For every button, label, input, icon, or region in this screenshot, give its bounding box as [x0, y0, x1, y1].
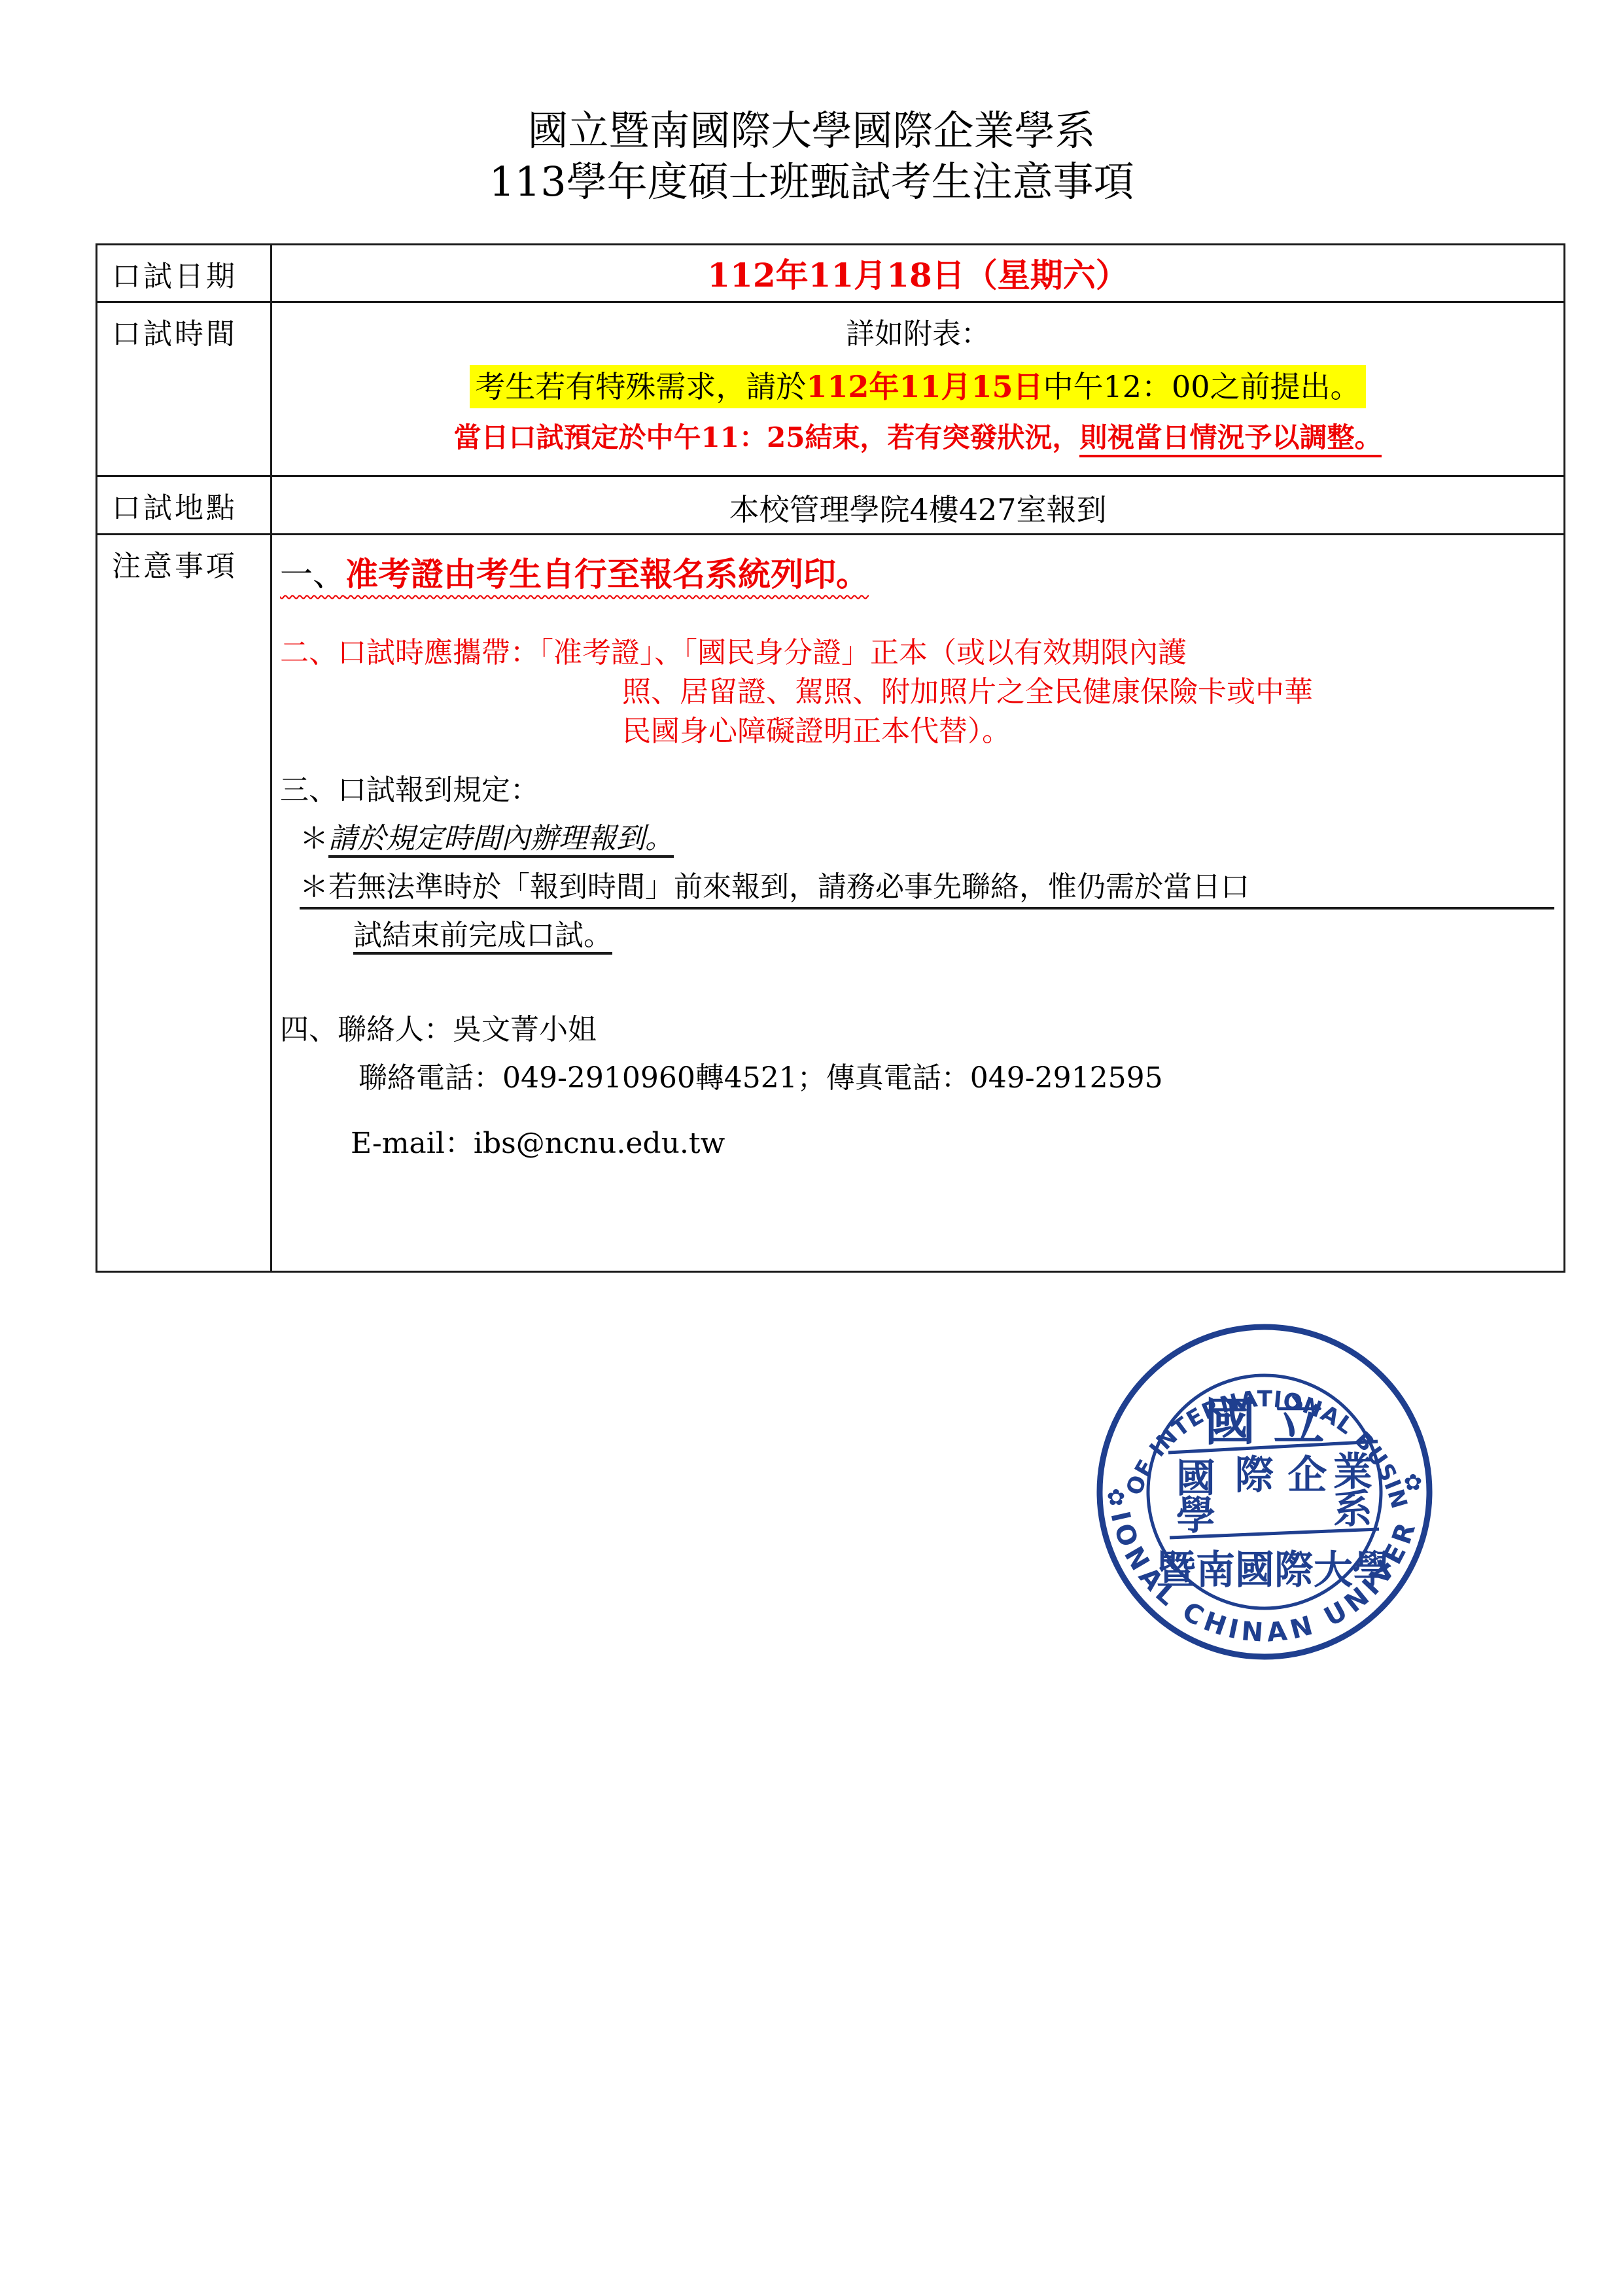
- svg-text:暨南國際大學: 暨南國際大學: [1157, 1547, 1392, 1593]
- end-time-notice: 當日口試預定於中午11：25結束，若有突發狀況，則視當日情況予以調整。: [272, 418, 1563, 457]
- document-title: 國立暨南國際大學國際企業學系: [0, 105, 1623, 157]
- row-label: 口試時間: [97, 303, 270, 354]
- row-notes: 注意事項 一、准考證由考生自行至報名系統列印。 二、口試時應攜帶：「准考證」、「…: [97, 535, 1565, 1272]
- svg-text:學: 學: [1176, 1493, 1215, 1539]
- row-exam-date: 口試日期 112年11月18日（星期六）: [97, 245, 1565, 302]
- note-item-4-contact: 四、聯絡人：吳文菁小姐 聯絡電話：049-2910960轉4521；傳真電話：0…: [280, 1010, 1563, 1163]
- note-item-3: 三、口試報到規定： ＊請於規定時間內辦理報到。 ＊若無法準時於「報到時間」前來報…: [280, 771, 1563, 955]
- svg-text:國 立: 國 立: [1204, 1392, 1324, 1452]
- contact-email[interactable]: E-mail：ibs@ncnu.edu.tw: [280, 1124, 1563, 1163]
- checkin-rule-1: ＊請於規定時間內辦理報到。: [280, 819, 1563, 858]
- row-label: 口試地點: [97, 477, 270, 528]
- note-item-2: 二、口試時應攜帶：「准考證」、「國民身分證」正本（或以有效期限內護 照、居留證、…: [280, 633, 1563, 751]
- row-exam-time: 口試時間 詳如附表： 考生若有特殊需求，請於112年11月15日中午12：00之…: [97, 302, 1565, 476]
- svg-text:✿: ✿: [1107, 1485, 1126, 1511]
- special-needs-deadline: 112年11月15日: [806, 369, 1043, 404]
- note-item-1: 一、准考證由考生自行至報名系統列印。: [280, 554, 1563, 595]
- exam-date-value: 112年11月18日（星期六）: [272, 245, 1563, 295]
- seal-stamp-icon: DEPARTMENT OF INTERNATIONAL BUSINESS STU…: [1091, 1318, 1438, 1665]
- svg-text:際 企: 際 企: [1235, 1453, 1327, 1498]
- contact-phone: 聯絡電話：049-2910960轉4521；傳真電話：049-2912595: [280, 1059, 1563, 1098]
- svg-text:✿: ✿: [1404, 1470, 1423, 1496]
- svg-text:系: 系: [1333, 1487, 1372, 1532]
- row-label: 口試日期: [97, 245, 270, 296]
- time-see-schedule: 詳如附表：: [272, 303, 1563, 354]
- row-label: 注意事項: [97, 535, 270, 586]
- special-needs-notice: 考生若有特殊需求，請於112年11月15日中午12：00之前提出。: [272, 367, 1563, 406]
- exam-place-value: 本校管理學院4樓427室報到: [272, 477, 1563, 529]
- notice-table: 口試日期 112年11月18日（星期六） 口試時間 詳如附表： 考生若有特殊需求…: [96, 243, 1565, 1273]
- row-exam-place: 口試地點 本校管理學院4樓427室報到: [97, 476, 1565, 535]
- document-subtitle: 113學年度碩士班甄試考生注意事項: [0, 156, 1623, 208]
- contact-person: 四、聯絡人：吳文菁小姐: [280, 1010, 1563, 1050]
- checkin-rule-2: ＊若無法準時於「報到時間」前來報到，請務必事先聯絡，惟仍需於當日口 試結束前完成…: [280, 868, 1563, 955]
- department-seal: DEPARTMENT OF INTERNATIONAL BUSINESS STU…: [1091, 1318, 1438, 1665]
